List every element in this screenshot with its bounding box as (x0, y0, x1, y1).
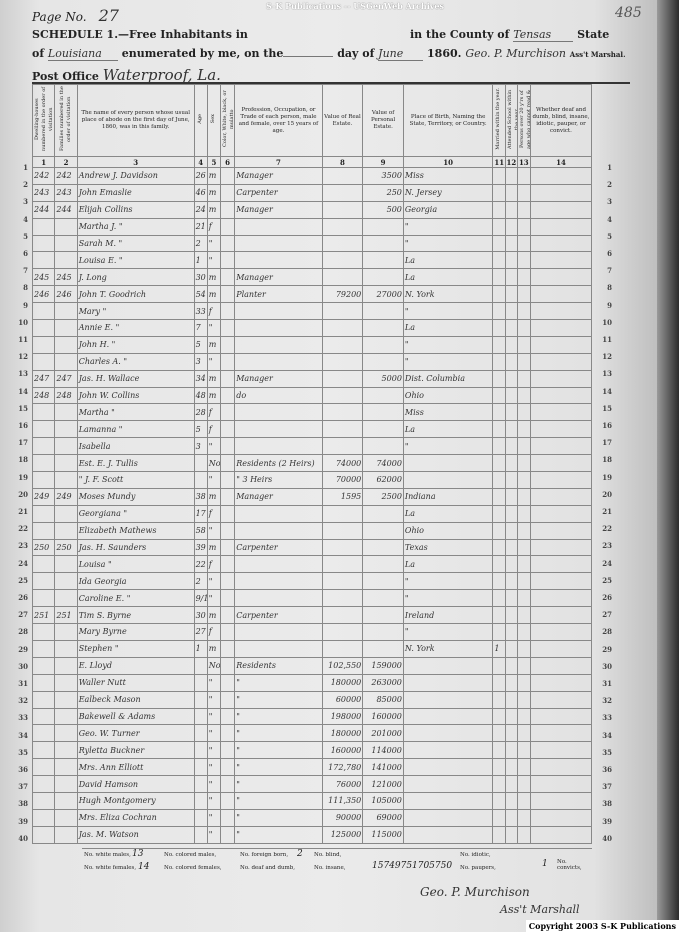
cell-birth: Dist. Columbia (403, 370, 492, 387)
line-number: 33 (12, 713, 28, 722)
cell-name: Mary " (77, 303, 194, 320)
line-number: 15 (12, 404, 28, 413)
line-number: 29 (12, 645, 28, 654)
cell-birth: La (403, 421, 492, 438)
cell-s (505, 708, 517, 725)
cell-pe (363, 387, 404, 404)
cell-occ (235, 320, 322, 337)
cell-f (55, 792, 77, 809)
cell-f (55, 776, 77, 793)
cell-birth: Georgia (403, 201, 492, 218)
cell-color (221, 539, 235, 556)
cell-s (505, 590, 517, 607)
cell-name: Sarah M. " (77, 235, 194, 252)
cell-x (530, 573, 591, 590)
cell-sex: " (207, 353, 220, 370)
cell-x (530, 235, 591, 252)
cell-x (530, 725, 591, 742)
column-header-14: Whether deaf and dumb, blind, insane, id… (530, 85, 591, 157)
cell-re (322, 539, 363, 556)
line-number: 23 (12, 541, 28, 550)
line-number: 13 (596, 369, 612, 378)
cell-s (505, 759, 517, 776)
cell-occ: " (235, 809, 322, 826)
cell-re (322, 438, 363, 455)
line-number: 26 (596, 593, 612, 602)
cell-d: 246 (33, 286, 55, 303)
cell-occ (235, 218, 322, 235)
cell-d (33, 336, 55, 353)
table-row: Annie E. "7"La (33, 320, 592, 337)
table-row: 244244Elijah Collins24mManager500Georgia (33, 201, 592, 218)
cell-r (517, 421, 530, 438)
cell-x (530, 674, 591, 691)
line-number: 40 (596, 834, 612, 843)
cell-pe: 263000 (363, 674, 404, 691)
column-number: 7 (235, 157, 322, 168)
cell-m (493, 590, 505, 607)
cell-sex: m (207, 269, 220, 286)
cell-occ: Carpenter (235, 539, 322, 556)
cell-occ (235, 252, 322, 269)
cell-d (33, 421, 55, 438)
cell-f (55, 657, 77, 674)
cell-name: Elijah Collins (77, 201, 194, 218)
cell-re (322, 370, 363, 387)
cell-x (530, 421, 591, 438)
table-row: Mrs. Eliza Cochran""9000069000 (33, 809, 592, 826)
cell-pe (363, 640, 404, 657)
cell-age: 5 (194, 421, 207, 438)
cell-x (530, 472, 591, 489)
cell-pe (363, 539, 404, 556)
cell-age: 3 (194, 353, 207, 370)
cell-occ (235, 438, 322, 455)
cell-x (530, 640, 591, 657)
cell-birth: " (403, 438, 492, 455)
line-number: 3 (12, 197, 28, 206)
cell-name: Martha " (77, 404, 194, 421)
cell-color (221, 826, 235, 843)
cell-color (221, 657, 235, 674)
line-number: 12 (12, 352, 28, 361)
cell-age: 27 (194, 624, 207, 641)
cell-re (322, 404, 363, 421)
cell-sex: " (207, 759, 220, 776)
cell-name: John H. " (77, 336, 194, 353)
table-row: Hugh Montgomery""111,350105000 (33, 792, 592, 809)
cell-color (221, 640, 235, 657)
cell-r (517, 742, 530, 759)
table-row: 250250Jas. H. Saunders39mCarpenterTexas (33, 539, 592, 556)
column-number: 13 (517, 157, 530, 168)
cell-s (505, 488, 517, 505)
cell-birth: Ireland (403, 607, 492, 624)
cell-pe (363, 404, 404, 421)
cell-f (55, 472, 77, 489)
cell-m (493, 488, 505, 505)
cell-re (322, 353, 363, 370)
cell-d (33, 455, 55, 472)
cell-r (517, 184, 530, 201)
cell-age: 30 (194, 607, 207, 624)
cell-age: 34 (194, 370, 207, 387)
cell-m (493, 674, 505, 691)
cell-color (221, 590, 235, 607)
table-row: Stephen "1mN. York1 (33, 640, 592, 657)
cell-x (530, 353, 591, 370)
line-number: 31 (12, 679, 28, 688)
cell-color (221, 184, 235, 201)
cell-re: 74000 (322, 455, 363, 472)
cell-pe (363, 573, 404, 590)
cell-sex: " (207, 438, 220, 455)
cell-color (221, 168, 235, 185)
cell-x (530, 336, 591, 353)
cell-age: 24 (194, 201, 207, 218)
cell-d: 250 (33, 539, 55, 556)
cell-birth: La (403, 252, 492, 269)
line-number: 26 (12, 593, 28, 602)
cell-color (221, 336, 235, 353)
cell-r (517, 438, 530, 455)
cell-pe (363, 218, 404, 235)
line-number: 33 (596, 713, 612, 722)
line-number: 27 (12, 610, 28, 619)
cell-r (517, 691, 530, 708)
cell-name: Mary Byrne (77, 624, 194, 641)
cell-color (221, 269, 235, 286)
cell-re: 79200 (322, 286, 363, 303)
cell-s (505, 742, 517, 759)
cell-re: 102,550 (322, 657, 363, 674)
cell-s (505, 776, 517, 793)
cell-s (505, 539, 517, 556)
cell-pe: 69000 (363, 809, 404, 826)
cell-occ (235, 624, 322, 641)
marshal-signature: Geo. P. Murchison (420, 885, 530, 899)
cell-name: Andrew J. Davidson (77, 168, 194, 185)
cell-d (33, 657, 55, 674)
cell-r (517, 286, 530, 303)
line-number: 38 (596, 799, 612, 808)
cell-occ (235, 303, 322, 320)
cell-re (322, 201, 363, 218)
cell-d (33, 590, 55, 607)
cell-r (517, 235, 530, 252)
line-number: 1 (12, 163, 28, 172)
cell-color (221, 607, 235, 624)
cell-s (505, 472, 517, 489)
cell-r (517, 522, 530, 539)
cell-pe: 5000 (363, 370, 404, 387)
cell-color (221, 472, 235, 489)
table-row: Ryletta Buckner""160000114000 (33, 742, 592, 759)
line-number: 13 (12, 369, 28, 378)
cell-birth: Texas (403, 539, 492, 556)
cell-occ (235, 590, 322, 607)
cell-name: Jas. H. Wallace (77, 370, 194, 387)
table-row: David Hamson""76000121000 (33, 776, 592, 793)
cell-sex: " (207, 252, 220, 269)
cell-f (55, 556, 77, 573)
cell-occ: Carpenter (235, 184, 322, 201)
cell-birth (403, 691, 492, 708)
cell-re: 76000 (322, 776, 363, 793)
line-number: 11 (596, 335, 612, 344)
cell-s (505, 640, 517, 657)
cell-r (517, 488, 530, 505)
cell-sex: m (207, 336, 220, 353)
line-number: 3 (596, 197, 612, 206)
cell-d (33, 522, 55, 539)
line-number: 28 (596, 627, 612, 636)
table-row: Lamanna "5fLa (33, 421, 592, 438)
line-number: 24 (12, 559, 28, 568)
line-number: 25 (596, 576, 612, 585)
cell-s (505, 438, 517, 455)
cell-r (517, 404, 530, 421)
cell-name: Mrs. Ann Elliott (77, 759, 194, 776)
line-number: 1 (596, 163, 612, 172)
cell-color (221, 759, 235, 776)
cell-r (517, 353, 530, 370)
column-number: 9 (363, 157, 404, 168)
cell-name: Jas. H. Saunders (77, 539, 194, 556)
line-number: 22 (596, 524, 612, 533)
cell-sex: " (207, 725, 220, 742)
cell-f (55, 742, 77, 759)
line-number: 36 (596, 765, 612, 774)
cell-f (55, 809, 77, 826)
cell-m (493, 235, 505, 252)
cell-s (505, 218, 517, 235)
cell-color (221, 488, 235, 505)
cell-age: 33 (194, 303, 207, 320)
cell-color (221, 252, 235, 269)
cell-age: 2 (194, 235, 207, 252)
cell-occ (235, 336, 322, 353)
cell-sex: " (207, 235, 220, 252)
cell-m: 1 (493, 640, 505, 657)
cell-age: 17 (194, 505, 207, 522)
cell-f (55, 708, 77, 725)
cell-r (517, 590, 530, 607)
cell-age: 26 (194, 168, 207, 185)
cell-r (517, 320, 530, 337)
cell-pe (363, 252, 404, 269)
table-row: Mary "33f" (33, 303, 592, 320)
cell-r (517, 218, 530, 235)
cell-x (530, 320, 591, 337)
page-summary: No. white males,13 No. white females,14 … (82, 848, 592, 877)
cell-d (33, 742, 55, 759)
cell-age (194, 776, 207, 793)
cell-pe: 159000 (363, 657, 404, 674)
cell-birth: La (403, 505, 492, 522)
cell-m (493, 691, 505, 708)
cell-m (493, 607, 505, 624)
cell-name: Hugh Montgomery (77, 792, 194, 809)
cell-x (530, 742, 591, 759)
cell-color (221, 708, 235, 725)
cell-m (493, 505, 505, 522)
table-row: 251251Tim S. Byrne30mCarpenterIreland (33, 607, 592, 624)
table-row: 245245J. Long30mManagerLa (33, 269, 592, 286)
cell-color (221, 522, 235, 539)
cell-x (530, 607, 591, 624)
cell-color (221, 742, 235, 759)
cell-birth: Ohio (403, 387, 492, 404)
cell-d (33, 505, 55, 522)
cell-m (493, 320, 505, 337)
cell-f: 249 (55, 488, 77, 505)
cell-sex: m (207, 286, 220, 303)
cell-x (530, 286, 591, 303)
cell-age: 2 (194, 573, 207, 590)
cell-sex: f (207, 421, 220, 438)
cell-r (517, 387, 530, 404)
cell-re (322, 303, 363, 320)
cell-sex: m (207, 640, 220, 657)
cell-pe: 250 (363, 184, 404, 201)
cell-pe (363, 607, 404, 624)
cell-x (530, 387, 591, 404)
cell-pe (363, 505, 404, 522)
cell-d (33, 472, 55, 489)
cell-sex: " (207, 472, 220, 489)
cell-name: Mrs. Eliza Cochran (77, 809, 194, 826)
cell-m (493, 556, 505, 573)
cell-age (194, 708, 207, 725)
cell-sex: f (207, 556, 220, 573)
cell-occ: " (235, 725, 322, 742)
cell-color (221, 303, 235, 320)
cell-m (493, 421, 505, 438)
cell-name: Caroline E. " (77, 590, 194, 607)
line-number: 29 (596, 645, 612, 654)
cell-re (322, 590, 363, 607)
cell-d: 245 (33, 269, 55, 286)
cell-m (493, 201, 505, 218)
cell-x (530, 184, 591, 201)
cell-f (55, 505, 77, 522)
column-number: 6 (221, 157, 235, 168)
cell-f (55, 320, 77, 337)
cell-x (530, 218, 591, 235)
table-row: " J. F. Scott"" 3 Heirs7000062000 (33, 472, 592, 489)
cell-color (221, 370, 235, 387)
cell-sex: " (207, 674, 220, 691)
cell-occ: Residents (235, 657, 322, 674)
cell-x (530, 168, 591, 185)
column-header-6: Color, White, black, or mulatto (221, 85, 235, 157)
cell-name: Isabella (77, 438, 194, 455)
cell-pe (363, 421, 404, 438)
line-number: 25 (12, 576, 28, 585)
cell-m (493, 759, 505, 776)
cell-m (493, 303, 505, 320)
table-row: Georgiana "17fLa (33, 505, 592, 522)
line-number: 23 (596, 541, 612, 550)
cell-color (221, 455, 235, 472)
cell-birth: " (403, 590, 492, 607)
cell-color (221, 320, 235, 337)
cell-s (505, 809, 517, 826)
line-number: 17 (596, 438, 612, 447)
cell-sex: " (207, 792, 220, 809)
table-row: Mary Byrne27f" (33, 624, 592, 641)
cell-age: 7 (194, 320, 207, 337)
cell-re (322, 573, 363, 590)
cell-sex: m (207, 168, 220, 185)
cell-r (517, 472, 530, 489)
cell-name: John T. Goodrich (77, 286, 194, 303)
census-table: Dwelling-houses numbered in the order of… (32, 84, 592, 844)
cell-birth (403, 759, 492, 776)
line-number: 5 (12, 232, 28, 241)
line-number: 9 (12, 301, 28, 310)
table-row: Mrs. Ann Elliott""172,780141000 (33, 759, 592, 776)
cell-x (530, 708, 591, 725)
cell-x (530, 438, 591, 455)
cell-m (493, 725, 505, 742)
cell-occ: " 3 Heirs (235, 472, 322, 489)
cell-r (517, 539, 530, 556)
cell-color (221, 235, 235, 252)
cell-x (530, 590, 591, 607)
cell-pe (363, 353, 404, 370)
cell-s (505, 404, 517, 421)
cell-s (505, 573, 517, 590)
cell-f (55, 826, 77, 843)
line-number: 37 (596, 782, 612, 791)
cell-m (493, 184, 505, 201)
cell-occ: " (235, 776, 322, 793)
line-number: 19 (12, 473, 28, 482)
cell-age: 54 (194, 286, 207, 303)
cell-s (505, 269, 517, 286)
column-header-9: Value of Personal Estate. (363, 85, 404, 157)
cell-s (505, 320, 517, 337)
cell-s (505, 691, 517, 708)
cell-age: 1 (194, 640, 207, 657)
cell-name: Tim S. Byrne (77, 607, 194, 624)
cell-occ: Manager (235, 269, 322, 286)
cell-r (517, 759, 530, 776)
line-number: 18 (12, 455, 28, 464)
cell-r (517, 201, 530, 218)
cell-re (322, 607, 363, 624)
table-row: E. LloydNonResidents102,550159000 (33, 657, 592, 674)
cell-re (322, 421, 363, 438)
cell-occ: " (235, 691, 322, 708)
cell-name: E. Lloyd (77, 657, 194, 674)
table-row: Louisa "22fLa (33, 556, 592, 573)
cell-color (221, 725, 235, 742)
column-number: 12 (505, 157, 517, 168)
cell-name: Georgiana " (77, 505, 194, 522)
line-number: 20 (12, 490, 28, 499)
cell-color (221, 286, 235, 303)
cell-birth: " (403, 624, 492, 641)
line-number: 14 (596, 387, 612, 396)
cell-birth (403, 725, 492, 742)
cell-d (33, 691, 55, 708)
cell-pe (363, 556, 404, 573)
cell-sex: m (207, 201, 220, 218)
cell-name: Annie E. " (77, 320, 194, 337)
